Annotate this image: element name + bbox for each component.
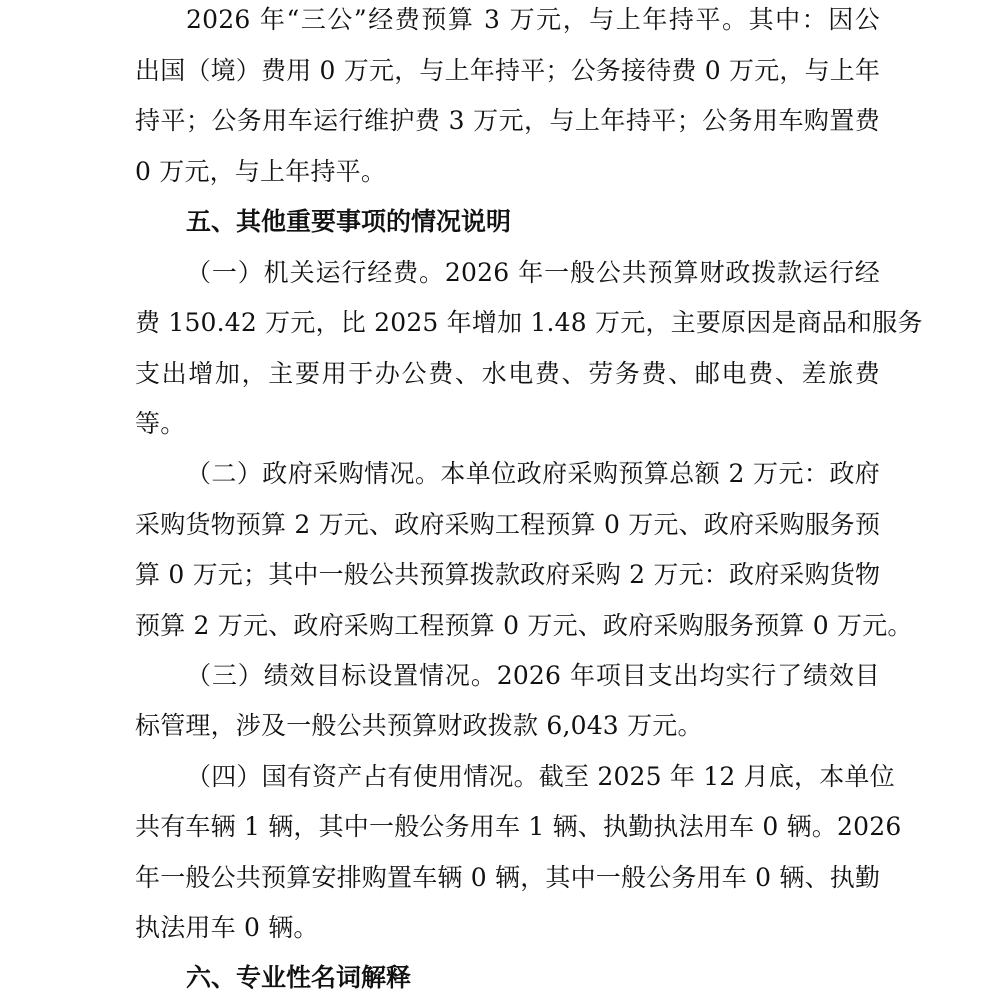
text-line: 2026 年“三公”经费预算 3 万元，与上年持平。其中：因公: [186, 0, 880, 40]
text-line: 执法用车 0 辆。: [135, 908, 880, 948]
text-line: 预算 2 万元、政府采购工程预算 0 万元、政府采购服务预算 0 万元。: [135, 606, 880, 646]
text-line: 出国（境）费用 0 万元，与上年持平；公务接待费 0 万元，与上年: [135, 51, 880, 91]
text-line: 标管理，涉及一般公共预算财政拨款 6,043 万元。: [135, 706, 880, 746]
document-page: 2026 年“三公”经费预算 3 万元，与上年持平。其中：因公 出国（境）费用 …: [0, 0, 1000, 992]
text-line: 费 150.42 万元，比 2025 年增加 1.48 万元，主要原因是商品和服…: [135, 303, 880, 343]
text-line: （四）国有资产占有使用情况。截至 2025 年 12 月底，本单位: [186, 757, 880, 797]
text-line: （一）机关运行经费。2026 年一般公共预算财政拨款运行经: [186, 253, 880, 293]
text-line: 年一般公共预算安排购置车辆 0 辆，其中一般公务用车 0 辆、执勤: [135, 858, 880, 898]
text-line: 采购货物预算 2 万元、政府采购工程预算 0 万元、政府采购服务预: [135, 505, 880, 545]
text-line: 共有车辆 1 辆，其中一般公务用车 1 辆、执勤执法用车 0 辆。2026: [135, 807, 880, 847]
text-line: 算 0 万元；其中一般公共预算拨款政府采购 2 万元：政府采购货物: [135, 555, 880, 595]
text-line: （三）绩效目标设置情况。2026 年项目支出均实行了绩效目: [186, 656, 880, 696]
text-line: （二）政府采购情况。本单位政府采购预算总额 2 万元：政府: [186, 454, 880, 494]
text-line: 持平；公务用车运行维护费 3 万元，与上年持平；公务用车购置费: [135, 101, 880, 141]
text-line: 等。: [135, 404, 880, 444]
text-line: 支出增加，主要用于办公费、水电费、劳务费、邮电费、差旅费: [135, 354, 880, 394]
section-heading-six: 六、专业性名词解释: [186, 958, 411, 992]
text-line: 0 万元，与上年持平。: [135, 152, 880, 192]
section-heading-five: 五、其他重要事项的情况说明: [186, 202, 511, 242]
